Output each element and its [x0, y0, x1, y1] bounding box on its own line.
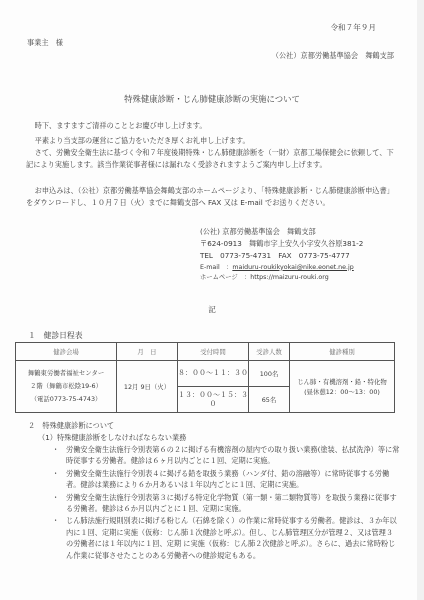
contact-org: (公社) 京都労働基準協会 舞鶴支部	[200, 226, 363, 238]
bullet-icon: ・	[52, 444, 59, 455]
exam-types: じん肺・有機溶剤・鉛・特化物	[290, 377, 394, 387]
header-venue: 健診会場	[16, 343, 117, 361]
contact-phone: TEL 0773-75-4731 FAX 0773-75-4777	[200, 250, 363, 262]
section1-heading: １ 健診日程表	[28, 331, 83, 341]
paragraph-text: お申込みは、（公社）京都労働基準協会舞鶴支部のホームページより、「特殊健康診断・…	[26, 186, 394, 207]
list-item: ・労働安全衛生法施行令別表第６の２に掲げる有機溶剤の屋内での取り扱い業務(塗装、…	[52, 444, 400, 467]
email-label: E-mail ：	[200, 264, 232, 271]
list-item-text: 労働安全衛生法施行令別表第３に掲げる特定化学物質（第一類・第二類物質等）を取扱う…	[66, 493, 397, 513]
homepage-link[interactable]: https://maizuru-rouki.org	[250, 274, 328, 281]
header-time: 受付時間	[178, 343, 249, 361]
bullet-icon: ・	[52, 515, 59, 526]
page-edge	[417, 0, 424, 600]
bullet-icon: ・	[52, 492, 59, 503]
count-slot-2: 65名	[249, 387, 290, 413]
contact-block: (公社) 京都労働基準協会 舞鶴支部 〒624-0913 舞鶴市字上安久小字安久…	[200, 226, 363, 283]
paragraph-text: 時下、ますますご清祥のこととお慶び申し上げます。	[35, 121, 207, 130]
venue-address: ２階（舞鶴市松陰19-6）	[16, 380, 116, 393]
date-cell: 12月 9日（火）	[117, 361, 178, 413]
homepage-label: ホームページ ：	[200, 274, 250, 281]
list-item-text: じん肺法施行規則別表に掲げる粉じん（石綿を除く）の作業に常時従事する労働者。健診…	[66, 516, 397, 559]
paragraph-thanks: 平素より当支部の運営にご協力をいただき厚くお礼申し上げます。	[26, 135, 398, 147]
addressee: 事業主 様	[27, 38, 63, 47]
time-slot-2: １３：００～１５：３０	[178, 387, 249, 413]
list-item: ・じん肺法施行規則別表に掲げる粉じん（石綿を除く）の作業に常時従事する労働者。健…	[52, 515, 400, 561]
time-slot-1: ８：００～１１：３０	[178, 361, 249, 387]
list-item-text: 労働安全衛生法施行令別表４に掲げる鉛を取扱う業務（ハンダ付、鉛の溶融等）に常時従…	[66, 469, 389, 489]
list-item: ・労働安全衛生法施行令別表４に掲げる鉛を取扱う業務（ハンダ付、鉛の溶融等）に常時…	[52, 468, 400, 491]
schedule-table: 健診会場 月 日 受付時間 受診人数 健診種別 舞鶴東労働者福祉センター ２階（…	[15, 342, 395, 413]
paragraph-text: 平素より当支部の運営にご協力をいただき厚くお礼申し上げます。	[35, 136, 250, 145]
header-date: 月 日	[117, 343, 178, 361]
count-slot-1: 100名	[249, 361, 290, 387]
email-link[interactable]: maiduru-roukikyokai@nike.eonet.ne.jp	[232, 264, 353, 271]
paragraph-text: さて、労働安全衛生法に基づく令和７年度後期特殊・じん肺健康診断を（一財）京都工場…	[26, 148, 394, 169]
required-work-list: ・労働安全衛生法施行令別表第６の２に掲げる有機溶剤の屋内での取り扱い業務(塗装、…	[52, 444, 400, 562]
venue-cell: 舞鶴東労働者福祉センター ２階（舞鶴市松陰19-6） （電話0773-75-47…	[16, 361, 117, 413]
paragraph-greeting: 時下、ますますご清祥のこととお慶び申し上げます。	[26, 120, 398, 132]
ki-heading: 記	[0, 305, 424, 314]
header-type: 健診種別	[290, 343, 395, 361]
document-title: 特殊健康診断・じん肺健康診断の実施について	[0, 94, 424, 105]
header-count: 受診人数	[249, 343, 290, 361]
list-item-text: 労働安全衛生法施行令別表第６の２に掲げる有機溶剤の屋内での取り扱い業務(塗装、払…	[66, 445, 399, 465]
paragraph-notice: さて、労働安全衛生法に基づく令和７年度後期特殊・じん肺健康診断を（一財）京都工場…	[26, 147, 398, 171]
section2-subheading: （1）特殊健康診断をしなければならない業務	[38, 433, 186, 442]
section2-heading: ２ 特殊健康診断について	[28, 421, 114, 430]
paragraph-application: お申込みは、（公社）京都労働基準協会舞鶴支部のホームページより、「特殊健康診断・…	[26, 185, 398, 209]
table-row: 舞鶴東労働者福祉センター ２階（舞鶴市松陰19-6） （電話0773-75-47…	[16, 361, 395, 387]
document-date: 令和７年９月	[330, 23, 376, 32]
sender: （公社）京都労働基準協会 舞鶴支部	[272, 51, 394, 60]
table-header-row: 健診会場 月 日 受付時間 受診人数 健診種別	[16, 343, 395, 361]
lunch-break: (昼休憩12：00～13：00)	[290, 387, 394, 397]
type-cell: じん肺・有機溶剤・鉛・特化物 (昼休憩12：00～13：00)	[290, 361, 395, 413]
contact-homepage-row: ホームページ ：https://maizuru-rouki.org	[200, 273, 363, 283]
venue-name: 舞鶴東労働者福祉センター	[16, 367, 116, 380]
bullet-icon: ・	[52, 468, 59, 479]
venue-phone: （電話0773-75-4743）	[16, 393, 116, 406]
list-item: ・労働安全衛生法施行令別表第３に掲げる特定化学物質（第一類・第二類物質等）を取扱…	[52, 492, 400, 515]
contact-address: 〒624-0913 舞鶴市字上安久小字安久谷原381-2	[200, 238, 363, 250]
contact-email-row: E-mail ：maiduru-roukikyokai@nike.eonet.n…	[200, 263, 363, 273]
